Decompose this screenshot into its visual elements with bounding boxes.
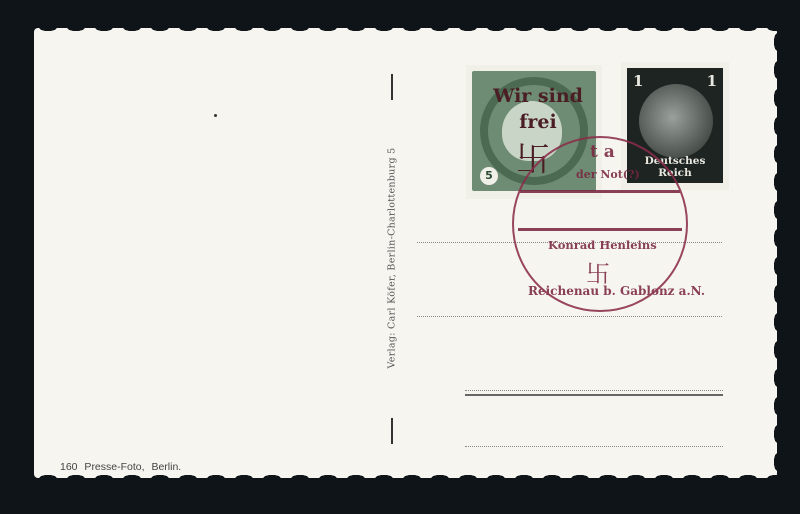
overprint-line-1: Wir sind [488,85,588,107]
postmark-arc-text: Reichenau b. Gablonz a.N. [528,284,705,298]
deckled-edge-right [771,28,777,478]
overprint-line-2: frei [488,111,588,133]
stamp-value-right: 1 [707,72,717,90]
divider-bottom [391,418,393,444]
deckled-edge-top [34,28,777,34]
postmark-top-text: t a [590,142,615,162]
address-underline [465,394,723,396]
postmark-bar-1 [520,190,680,193]
paper-speck [214,114,217,117]
postmark-bar-2 [518,228,682,231]
postmark-line-1: der Not(?) [576,168,640,181]
stamp-value: 5 [480,167,498,185]
address-line-4 [465,446,723,447]
stamp-value-left: 1 [633,72,643,90]
address-line-3 [465,390,723,391]
postmark: t a der Not(?) Konrad Henleins 卐 Reichen… [512,136,688,312]
portrait-icon [639,84,713,158]
divider-top [391,74,393,100]
photo-credit: 160 Presse-Foto, Berlin. [60,461,181,473]
postmark-line-2: Konrad Henleins [548,238,657,252]
address-line-2 [417,316,722,317]
publisher-imprint: Verlag: Carl Köfer, Berlin-Charlottenbur… [387,148,398,369]
